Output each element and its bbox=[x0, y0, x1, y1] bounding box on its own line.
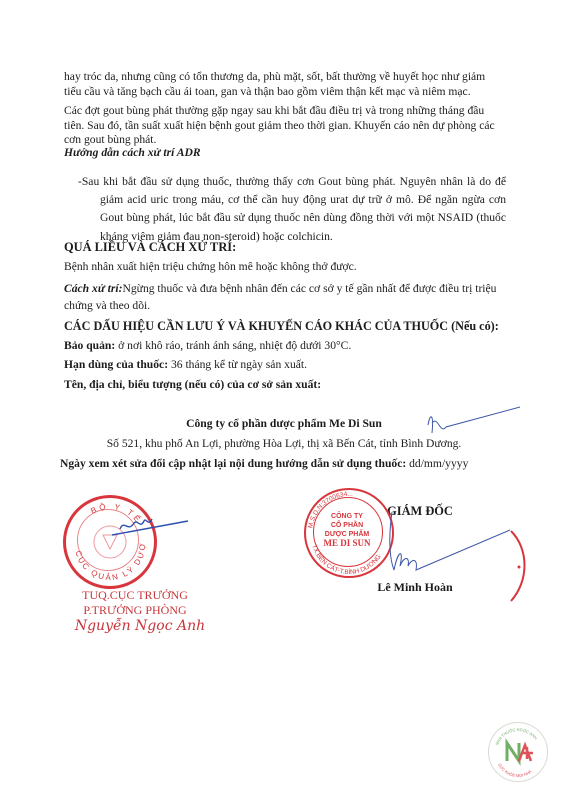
storage-line: Bảo quản: ở nơi khô ráo, tránh ánh sáng,… bbox=[64, 339, 504, 354]
director-signature-stroke bbox=[370, 500, 520, 590]
treatment-paragraph: Cách xử trí:Ngừng thuốc và đưa bệnh nhân… bbox=[64, 280, 504, 314]
pharmacy-watermark-logo: NHÀ THUỐC NGỌC ANH SỨC KHỎE MỌI NHÀ bbox=[488, 722, 548, 782]
overdose-heading: QUÁ LIỀU VÀ CÁCH XỬ TRÍ: bbox=[64, 240, 504, 255]
shelf-life-text: 36 tháng kể từ ngày sản xuất. bbox=[168, 358, 307, 371]
adverse-effects-paragraph-1: hay tróc da, nhưng cũng có tổn thương da… bbox=[64, 70, 504, 99]
review-date-line: Ngày xem xét sửa đổi cập nhật lại nội du… bbox=[60, 457, 530, 472]
warnings-heading: CÁC DẤU HIỆU CẦN LƯU Ý VÀ KHUYẾN CÁO KHÁ… bbox=[64, 319, 524, 334]
ministry-title-1: TUQ.CỤC TRƯỞNG bbox=[60, 588, 210, 603]
treatment-label: Cách xử trí: bbox=[64, 282, 122, 295]
treatment-text: Ngừng thuốc và đưa bệnh nhân đến các cơ … bbox=[64, 282, 496, 312]
review-date-label: Ngày xem xét sửa đổi cập nhật lại nội du… bbox=[60, 457, 406, 470]
overdose-text: Bệnh nhân xuất hiện triệu chứng hôn mê h… bbox=[64, 260, 504, 275]
ministry-signer-name: Nguyễn Ngọc Anh bbox=[60, 618, 220, 634]
adr-guidance-text: -Sau khi bắt đầu sử dụng thuốc, thường t… bbox=[78, 173, 506, 247]
watermark-ring-text: NHÀ THUỐC NGỌC ANH SỨC KHỎE MỌI NHÀ bbox=[489, 723, 547, 781]
address-signature-stroke bbox=[420, 405, 530, 455]
shelf-life-label: Hạn dùng của thuốc: bbox=[64, 358, 168, 371]
svg-text:SỨC KHỎE MỌI NHÀ: SỨC KHỎE MỌI NHÀ bbox=[497, 762, 533, 778]
manufacturer-heading: Tên, địa chỉ, biểu tượng (nếu có) của cơ… bbox=[64, 378, 504, 393]
watermark-bottom-text: SỨC KHỎE MỌI NHÀ bbox=[497, 762, 533, 778]
watermark-n-mark bbox=[507, 743, 519, 761]
storage-label: Bảo quản: bbox=[64, 339, 115, 352]
shelf-life-line: Hạn dùng của thuốc: 36 tháng kể từ ngày … bbox=[64, 358, 504, 373]
adverse-effects-paragraph-2: Các đợt gout bùng phát thường gặp ngay s… bbox=[64, 104, 504, 148]
review-date-value: dd/mm/yyyy bbox=[406, 457, 468, 470]
document-page: hay tróc da, nhưng cũng có tổn thương da… bbox=[0, 0, 565, 800]
director-name: Lê Minh Hoàn bbox=[355, 580, 475, 595]
adr-guidance-content: -Sau khi bắt đầu sử dụng thuốc, thường t… bbox=[78, 173, 506, 247]
svg-text:NHÀ THUỐC NGỌC ANH: NHÀ THUỐC NGỌC ANH bbox=[494, 727, 538, 746]
watermark-plus-mark bbox=[519, 745, 533, 761]
ministry-signature-stroke bbox=[110, 515, 200, 545]
adr-heading: Hướng dẫn cách xử trí ADR bbox=[64, 146, 504, 161]
watermark-top-text: NHÀ THUỐC NGỌC ANH bbox=[494, 727, 538, 746]
storage-text: ở nơi khô ráo, tránh ánh sáng, nhiệt độ … bbox=[115, 339, 351, 352]
partial-stamp-edge bbox=[505, 525, 535, 605]
ministry-title-2: P.TRƯỞNG PHÒNG bbox=[60, 603, 210, 618]
